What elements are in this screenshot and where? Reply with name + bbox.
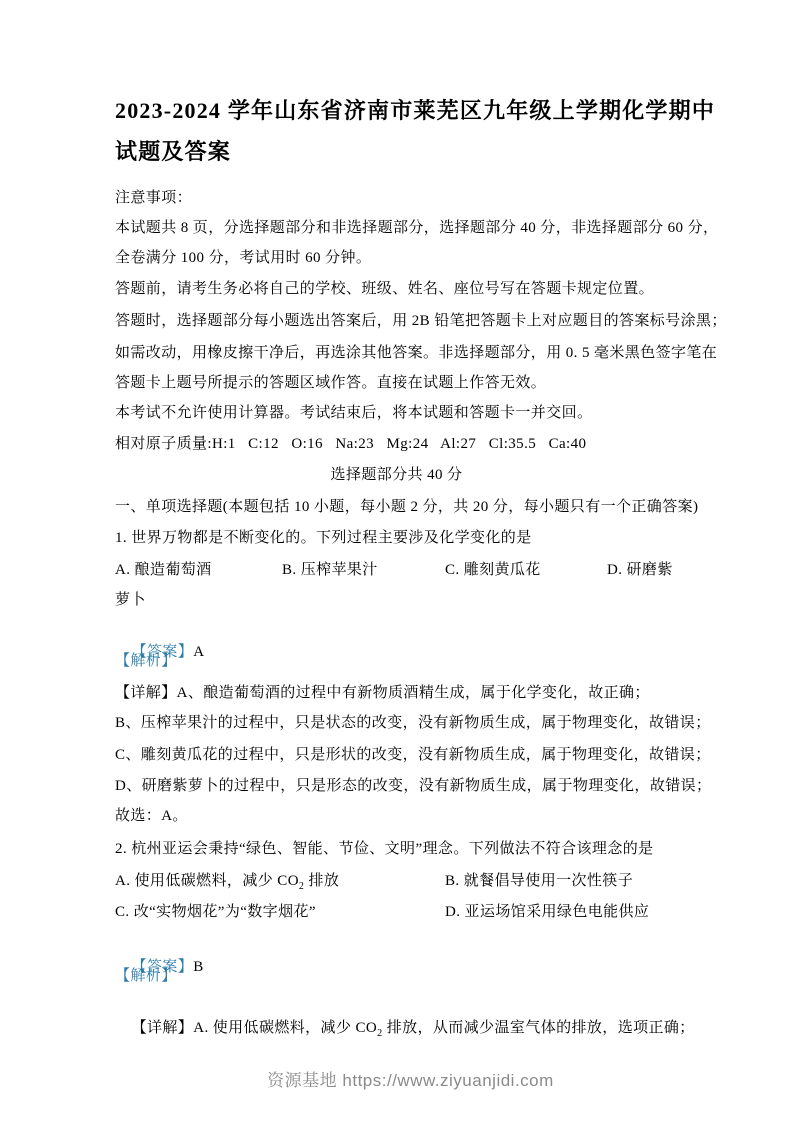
page-title-line1: 2023-2024 学年山东省济南市莱芜区九年级上学期化学期中 <box>115 100 715 121</box>
q1-options-row: A. 酿造葡萄酒 B. 压榨苹果汁 C. 雕刻黄瓜花 D. 研磨紫 <box>115 560 685 581</box>
notice-line-3: 答题前，请考生务必将自己的学校、班级、姓名、座位号写在答题卡规定位置。 <box>115 279 654 300</box>
notice-line-1: 本试题共 8 页，分选择题部分和非选择题部分，选择题部分 40 分，非选择题部分… <box>115 218 718 239</box>
q1-option-c: C. 雕刻黄瓜花 <box>445 560 541 581</box>
q2-options-row-1: A. 使用低碳燃料，减少 CO2 排放 B. 就餐倡导使用一次性筷子 <box>115 871 685 892</box>
q1-option-d: D. 研磨紫 <box>607 560 673 581</box>
q1-answer-value: A <box>193 644 204 660</box>
q2-option-d: D. 亚运场馆采用绿色电能供应 <box>445 902 649 923</box>
q1-option-b: B. 压榨苹果汁 <box>282 560 378 581</box>
q1-option-a: A. 酿造葡萄酒 <box>115 560 212 581</box>
q1-stem: 1. 世界万物都是不断变化的。下列过程主要涉及化学变化的是 <box>115 528 532 549</box>
notice-heading: 注意事项： <box>115 188 192 209</box>
section-header: 选择题部分共 40 分 <box>0 465 793 486</box>
notice-line-4: 答题时，选择题部分每小题选出答案后，用 2B 铅笔把答题卡上对应题目的答案标号涂… <box>115 311 727 332</box>
q1-analysis-label: 【解析】 <box>115 651 177 672</box>
notice-line-6: 答题卡上题号所提示的答题区域作答。直接在试题上作答无效。 <box>115 373 546 394</box>
notice-line-2: 全卷满分 100 分，考试用时 60 分钟。 <box>115 248 371 269</box>
part1-heading: 一、单项选择题(本题包括 10 小题，每小题 2 分，共 20 分，每小题只有一… <box>115 497 698 518</box>
q1-detail-1: 【详解】A、酿造葡萄酒的过程中有新物质酒精生成，属于化学变化，故正确； <box>115 683 650 704</box>
document-page: 2023-2024 学年山东省济南市莱芜区九年级上学期化学期中 试题及答案 注意… <box>0 0 793 1122</box>
page-title-line2: 试题及答案 <box>115 141 231 162</box>
footer-site-link[interactable]: 资源基地 https://www.ziyuanjidi.com <box>14 1066 793 1091</box>
q1-detail-4: D、研磨紫萝卜的过程中，只是形态的改变，没有新物质生成，属于物理变化，故错误； <box>115 776 711 797</box>
notice-line-7: 本考试不允许使用计算器。考试结束后，将本试题和答题卡一并交回。 <box>115 403 592 424</box>
q1-detail-3: C、雕刻黄瓜花的过程中，只是形状的改变，没有新物质生成，属于物理变化，故错误； <box>115 745 711 766</box>
q1-conclusion: 故选：A。 <box>115 806 188 827</box>
atomic-mass-line: 相对原子质量:H:1 C:12 O:16 Na:23 Mg:24 Al:27 C… <box>115 434 586 455</box>
q2-option-b: B. 就餐倡导使用一次性筷子 <box>445 871 633 892</box>
q2-answer-value: B <box>193 959 203 975</box>
q1-option-d-wrap: 萝卜 <box>115 590 146 611</box>
q2-options-row-2: C. 改“实物烟花”为“数字烟花” D. 亚运场馆采用绿色电能供应 <box>115 902 685 923</box>
q1-detail-2: B、压榨苹果汁的过程中，只是状态的改变，没有新物质生成，属于物理变化，故错误； <box>115 713 711 734</box>
q2-stem: 2. 杭州亚运会秉持“绿色、智能、节俭、文明”理念。下列做法不符合该理念的是 <box>115 839 654 860</box>
q2-detail-1: 【详解】A. 使用低碳燃料，减少 CO2 排放，从而减少温室气体的排放，选项正确… <box>115 997 695 1060</box>
q2-option-c: C. 改“实物烟花”为“数字烟花” <box>115 902 316 923</box>
notice-line-5: 如需改动，用橡皮擦干净后，再选涂其他答案。非选择题部分，用 0. 5 毫米黑色签… <box>115 343 717 364</box>
q2-option-a: A. 使用低碳燃料，减少 CO2 排放 <box>115 871 339 892</box>
q2-analysis-label: 【解析】 <box>115 966 177 987</box>
